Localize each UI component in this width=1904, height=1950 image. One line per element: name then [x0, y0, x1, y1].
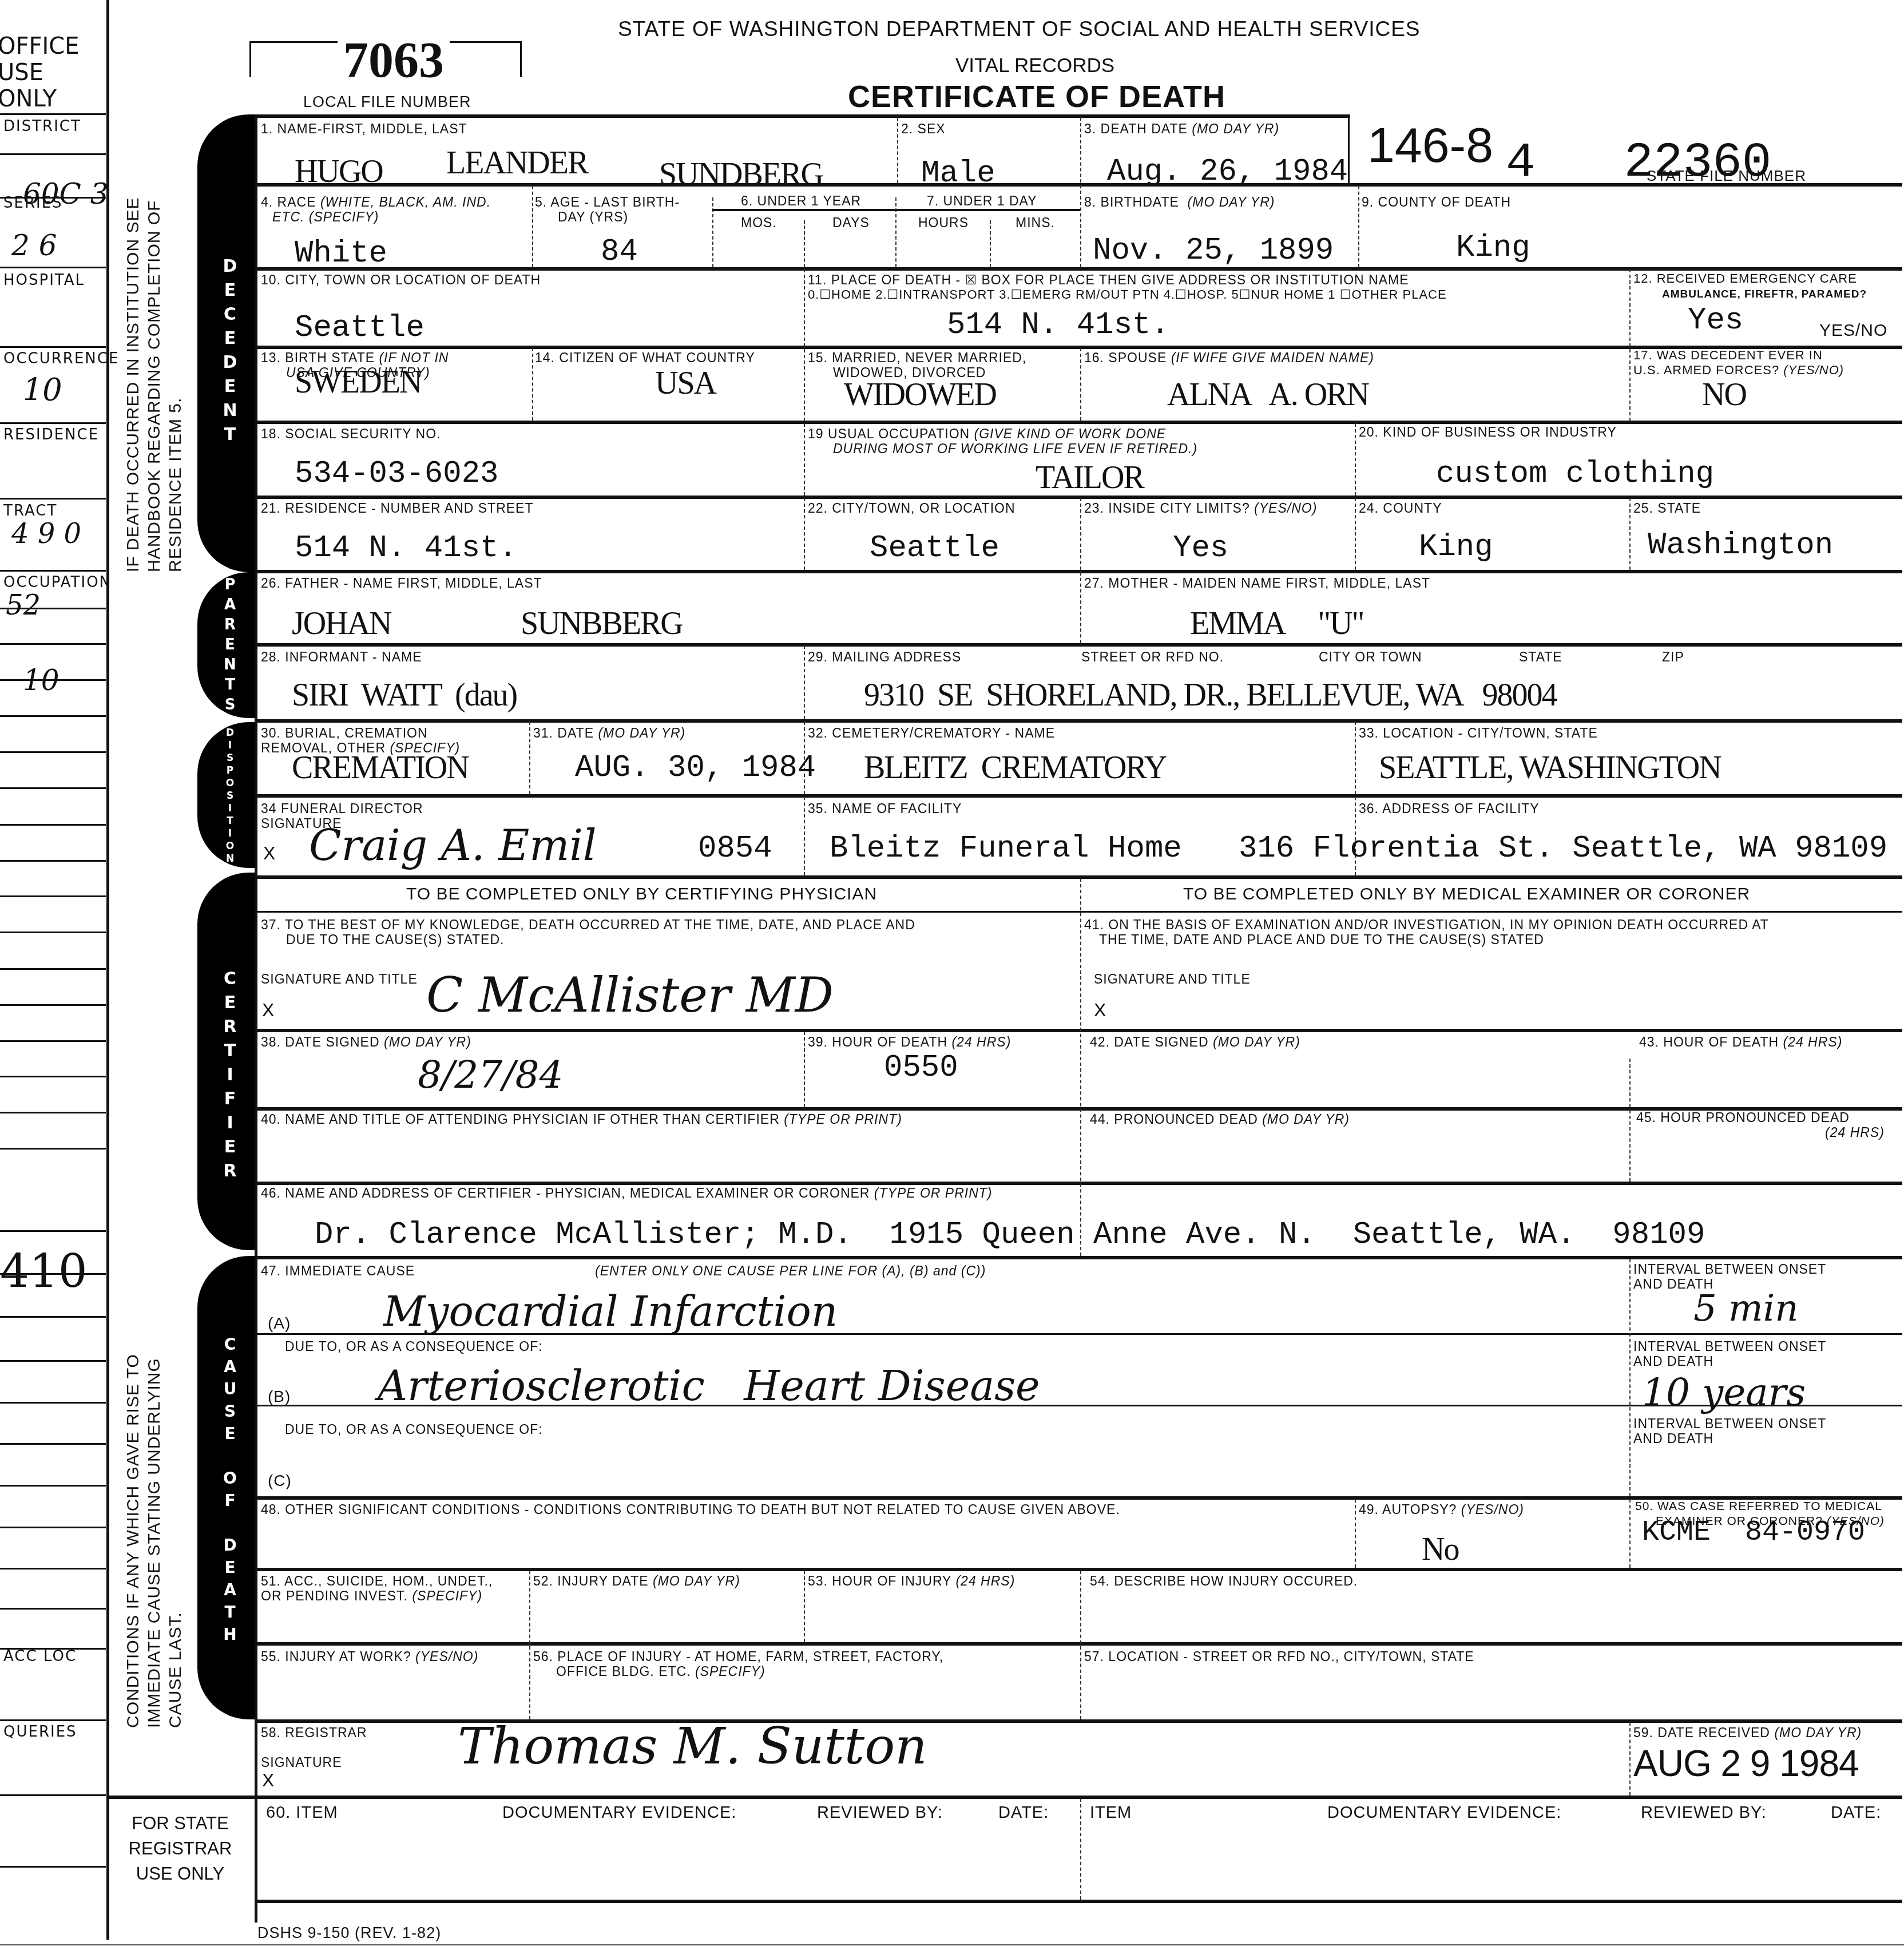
decedent-business: custom clothing: [1436, 458, 1714, 491]
divider: [0, 1316, 106, 1318]
tab-decedent-label: D E C E D E N T: [219, 255, 241, 447]
margin-label-tract: TRACT: [3, 502, 57, 520]
col: [1629, 1110, 1631, 1182]
label-cemetery: 32. CEMETERY/CREMATORY - NAME: [808, 726, 1055, 740]
physician-section-header: TO BE COMPLETED ONLY BY CERTIFYING PHYSI…: [406, 887, 877, 902]
rule: [109, 1796, 1902, 1799]
rule: [255, 1182, 1902, 1185]
label-under-1-year: 6. UNDER 1 YEAR: [741, 193, 861, 208]
handwritten-series-2: 2 6: [11, 229, 57, 262]
divider: [0, 1608, 106, 1610]
divider: [0, 422, 106, 424]
margin-label-queries: QUERIES: [3, 1723, 77, 1741]
col: [804, 1032, 805, 1107]
physician-signature: C McAllister MD: [426, 967, 834, 1023]
date-received-stamp: AUG 2 9 1984: [1633, 1742, 1859, 1785]
col: [1080, 498, 1081, 570]
decedent-sex: Male: [921, 157, 995, 191]
label-inside-city-limits: 23. INSIDE CITY LIMITS? (YES/NO): [1084, 501, 1317, 516]
col: [1080, 117, 1081, 267]
divider: [0, 643, 106, 645]
hour-of-death: 0550: [884, 1052, 958, 1085]
label-death-date: 3. DEATH DATE (MO DAY YR): [1084, 121, 1279, 136]
label-days: DAYS: [832, 215, 870, 230]
label-street: STREET OR RFD NO.: [1081, 649, 1224, 664]
divider: [0, 1866, 106, 1868]
label-mos: MOS.: [741, 215, 777, 230]
rule: [1348, 114, 1350, 183]
col: [1080, 1798, 1081, 1900]
agency-name: STATE OF WASHINGTON DEPARTMENT OF SOCIAL…: [618, 17, 1421, 41]
col: [897, 117, 898, 183]
rule: [255, 1568, 1902, 1571]
divider: [0, 895, 106, 897]
label-physician-signature: SIGNATURE AND TITLE: [261, 972, 418, 986]
divider: [0, 608, 106, 609]
physician-date-signed: 8/27/84: [418, 1053, 563, 1097]
label-race: 4. RACE (WHITE, BLACK, AM. IND.ETC. (SPE…: [261, 195, 491, 224]
divider: [0, 1273, 106, 1275]
label-examiner-date-signed: 42. DATE SIGNED (MO DAY YR): [1090, 1035, 1300, 1049]
cause-b-interval: 10 years: [1642, 1370, 1806, 1414]
rule: [255, 719, 1902, 723]
page-edge: [0, 1944, 1904, 1945]
rule: [255, 1029, 1902, 1032]
autopsy: No: [1422, 1532, 1458, 1567]
decedent-occupation: TAILOR: [1036, 461, 1144, 495]
label-injury-at-work: 55. INJURY AT WORK? (YES/NO): [261, 1649, 478, 1664]
label-county-of-death: 9. COUNTY OF DEATH: [1362, 195, 1511, 209]
label-age: 5. AGE - LAST BIRTH-DAY (YRS): [535, 195, 680, 224]
rule: [255, 643, 1902, 647]
divider: [0, 570, 106, 572]
label-facility-address: 36. ADDRESS OF FACILITY: [1359, 801, 1540, 816]
handwritten-cause-code: 410: [0, 1244, 88, 1298]
label-injury-place: 56. PLACE OF INJURY - AT HOME, FARM, STR…: [533, 1649, 943, 1679]
label-due-to-b: DUE TO, OR AS A CONSEQUENCE OF:: [285, 1339, 543, 1354]
rule: [255, 570, 1902, 573]
label-documentary-evidence-2: DOCUMENTARY EVIDENCE:: [1327, 1805, 1561, 1820]
margin-rule: [106, 0, 109, 1940]
col: [804, 645, 805, 719]
margin-label-hospital: HOSPITAL: [3, 272, 85, 289]
divider: [0, 1527, 106, 1528]
label-business: 20. KIND OF BUSINESS OR INDUSTRY: [1359, 425, 1617, 439]
col: [1080, 878, 1081, 1256]
rule: [255, 496, 1902, 499]
father-first-name: JOHAN: [292, 607, 391, 641]
col: [1629, 1499, 1631, 1568]
label-autopsy: 49. AUTOPSY? (YES/NO): [1359, 1502, 1524, 1517]
cause-instruction: (ENTER ONLY ONE CAUSE PER LINE FOR (A), …: [595, 1263, 986, 1278]
rule: [255, 1256, 1902, 1259]
cause-a: Myocardial Infarction: [383, 1287, 838, 1335]
label-examiner-signature: SIGNATURE AND TITLE: [1094, 972, 1251, 986]
funeral-director-signature: Craig A. Emil: [309, 821, 597, 870]
col: [1355, 1499, 1356, 1568]
label-state: STATE: [1519, 649, 1562, 664]
label-mins: MINS.: [1016, 215, 1055, 230]
col: [804, 220, 805, 267]
office-use-title: OFFICE USE ONLY: [0, 33, 109, 112]
label-citizen: 14. CITIZEN OF WHAT COUNTRY: [535, 350, 755, 365]
label-immediate-cause: 47. IMMEDIATE CAUSE: [261, 1263, 415, 1278]
handwritten-tract: 4 9 0: [11, 518, 81, 550]
col: [804, 1571, 805, 1642]
col: [529, 1571, 530, 1719]
margin-label-occurrence: OCCURRENCE: [3, 350, 119, 367]
divider: [0, 346, 106, 348]
registrar-signature-x: X: [262, 1773, 275, 1787]
state-registrar-side-label: FOR STATE REGISTRAR USE ONLY: [123, 1811, 237, 1886]
facility-address: 316 Florentia St. Seattle, WA 98109: [1239, 833, 1887, 866]
examiner-section-header: TO BE COMPLETED ONLY BY MEDICAL EXAMINER…: [1183, 887, 1750, 902]
divider: [0, 751, 106, 753]
institution-note-line3: RESIDENCE ITEM 5.: [165, 398, 186, 572]
divider: [0, 1004, 106, 1006]
divider: [0, 1112, 106, 1113]
col: [1629, 1259, 1631, 1496]
label-city: CITY OR TOWN: [1319, 649, 1422, 664]
cause-c-letter: (C): [268, 1473, 292, 1488]
cause-a-interval: 5 min: [1693, 1287, 1798, 1330]
label-date-2: DATE:: [1831, 1805, 1881, 1820]
decedent-residence-county: King: [1419, 531, 1493, 564]
rule: [255, 1900, 1902, 1903]
margin-label-residence: RESIDENCE: [3, 426, 99, 443]
label-other-conditions: 48. OTHER SIGNIFICANT CONDITIONS - CONDI…: [261, 1502, 1120, 1517]
decedent-birthdate: Nov. 25, 1899: [1093, 235, 1334, 268]
label-mailing-address: 29. MAILING ADDRESS: [808, 649, 961, 664]
label-mother: 27. MOTHER - MAIDEN NAME FIRST, MIDDLE, …: [1084, 576, 1430, 590]
label-injury-date: 52. INJURY DATE (MO DAY YR): [533, 1574, 740, 1588]
father-last-name: SUNBBERG: [521, 607, 683, 641]
label-armed-forces: 17. WAS DECEDENT EVER INU.S. ARMED FORCE…: [1633, 348, 1844, 378]
funeral-director-x: X: [263, 846, 276, 861]
divider: [0, 715, 106, 717]
label-city-of-death: 10. CITY, TOWN OR LOCATION OF DEATH: [261, 272, 541, 287]
decedent-emergency-care: Yes: [1688, 304, 1743, 338]
decedent-race: White: [295, 237, 387, 271]
local-file-number-label: LOCAL FILE NUMBER: [303, 94, 471, 109]
decedent-armed-forces: NO: [1702, 378, 1746, 412]
col: [1080, 348, 1081, 421]
handwritten-series: 60C 3: [23, 177, 109, 211]
label-hours: HOURS: [918, 215, 969, 230]
label-disposition-date: 31. DATE (MO DAY YR): [533, 726, 685, 740]
tab-cause-of-death-label: C A U S E O F D E A T H: [219, 1333, 241, 1646]
divider: [0, 824, 106, 826]
office-use-column: OFFICE USE ONLY DISTRICT SERIES 60C 3 2 …: [0, 0, 109, 1950]
rule: [255, 875, 1902, 879]
margin-label-acc-loc: ACC LOC: [3, 1648, 77, 1665]
col: [1080, 1571, 1081, 1719]
divider: [0, 1148, 106, 1150]
referred-to-examiner: KCME 84-0970: [1642, 1516, 1865, 1549]
decedent-middle-name: LEANDER: [446, 146, 588, 180]
rule: [255, 794, 1902, 798]
label-sex: 2. SEX: [901, 121, 946, 136]
label-pronounced-dead: 44. PRONOUNCED DEAD (MO DAY YR): [1090, 1112, 1350, 1127]
examiner-statement: 41. ON THE BASIS OF EXAMINATION AND/OR I…: [1084, 917, 1769, 947]
handwritten-occurrence: 10: [23, 372, 62, 408]
divider: [0, 498, 106, 500]
rule: [712, 209, 1080, 211]
label-injury-location: 57. LOCATION - STREET OR RFD NO., CITY/T…: [1084, 1649, 1474, 1664]
label-facility-name: 35. NAME OF FACILITY: [808, 801, 962, 816]
label-emergency-care-2: AMBULANCE, FIREFTR, PARAMED?: [1662, 287, 1867, 302]
divider: [0, 787, 106, 789]
rule: [255, 1642, 1902, 1646]
margin-label-occupation: OCCUPATION: [3, 574, 112, 591]
label-emergency-care: 12. RECEIVED EMERGENCY CARE: [1633, 271, 1857, 286]
tab-certifier-label: C E R T I F I E R: [219, 967, 241, 1183]
decedent-residence-state: Washington: [1648, 529, 1833, 562]
label-documentary-evidence: DOCUMENTARY EVIDENCE:: [502, 1805, 736, 1820]
label-injury-description: 54. DESCRIBE HOW INJURY OCCURED.: [1090, 1574, 1358, 1588]
divider: [0, 1076, 106, 1077]
label-ssn: 18. SOCIAL SECURITY NO.: [261, 426, 441, 441]
decedent-spouse: ALNA A. ORN: [1167, 378, 1368, 412]
rule: [255, 911, 1902, 913]
decedent-first-name: HUGO: [295, 154, 383, 189]
label-manner-of-death: 51. ACC., SUICIDE, HOM., UNDET.,OR PENDI…: [261, 1574, 493, 1603]
label-marital: 15. MARRIED, NEVER MARRIED,WIDOWED, DIVO…: [808, 350, 1026, 380]
label-due-to-c: DUE TO, OR AS A CONSEQUENCE OF:: [285, 1422, 543, 1437]
funeral-director-license: 0854: [698, 833, 772, 866]
tab-parents-label: P A R E N T S: [219, 575, 241, 715]
margin-label-district: DISTRICT: [3, 118, 81, 135]
label-zip: ZIP: [1662, 649, 1684, 664]
physician-statement: 37. TO THE BEST OF MY KNOWLEDGE, DEATH O…: [261, 917, 915, 947]
label-occupation: 19 USUAL OCCUPATION (GIVE KIND OF WORK D…: [808, 426, 1197, 456]
col: [712, 197, 713, 267]
divider: [0, 113, 106, 115]
decedent-ssn: 534-03-6023: [295, 458, 498, 491]
label-birthdate: 8. BIRTHDATE (MO DAY YR): [1084, 195, 1275, 209]
divider: [0, 267, 106, 268]
tab-disposition-label: D I S P O S I T I O N: [219, 727, 241, 865]
divider: [0, 1230, 106, 1232]
decedent-last-name: SUNDBERG: [659, 157, 823, 192]
col: [529, 722, 530, 794]
label-residence-state: 25. STATE: [1633, 501, 1701, 516]
label-yes-no: YES/NO: [1819, 323, 1887, 338]
label-injury-hour: 53. HOUR OF INJURY (24 HRS): [808, 1574, 1015, 1588]
divider: [0, 968, 106, 970]
rule: [255, 267, 1902, 271]
cause-b: Arteriosclerotic Heart Disease: [378, 1362, 1040, 1410]
divider: [0, 1794, 106, 1796]
cause-b-letter: (B): [268, 1389, 291, 1404]
local-file-number: 7063: [338, 31, 450, 89]
mother-name: EMMA "U": [1190, 607, 1363, 641]
decedent-birth-state: SWEDEN: [295, 365, 421, 399]
certificate-title: CERTIFICATE OF DEATH: [848, 79, 1225, 114]
decedent-residence: 514 N. 41st.: [295, 532, 517, 565]
divider: [0, 1485, 106, 1487]
decedent-citizen: USA: [655, 366, 716, 401]
divider: [0, 1443, 106, 1445]
decedent-death-date: Aug. 26, 1984: [1107, 156, 1348, 189]
divider: [0, 1568, 106, 1569]
informant-name: SIRI WATT (dau): [292, 678, 517, 712]
label-date: DATE:: [998, 1805, 1049, 1820]
label-item: ITEM: [1090, 1805, 1132, 1820]
col: [804, 722, 805, 875]
col: [1080, 572, 1081, 643]
rule: [255, 421, 1902, 424]
physician-signature-x: X: [262, 1002, 275, 1017]
decedent-age: 84: [601, 236, 638, 269]
certifier-name-address: Dr. Clarence McAllister; M.D. 1915 Queen…: [315, 1219, 1705, 1252]
col: [532, 348, 533, 421]
label-hour-pronounced-dead: 45. HOUR PRONOUNCED DEAD(24 HRS): [1636, 1110, 1885, 1140]
divider: [0, 153, 106, 155]
divider: [0, 1040, 106, 1042]
label-reviewed-by-2: REVIEWED BY:: [1641, 1805, 1767, 1820]
label-item-60: 60. ITEM: [266, 1805, 338, 1820]
col: [1355, 423, 1356, 570]
conditions-note-line3: CAUSE LAST.: [165, 1612, 186, 1728]
label-interval-b: INTERVAL BETWEEN ONSETAND DEATH: [1633, 1339, 1826, 1369]
label-name: 1. NAME-FIRST, MIDDLE, LAST: [261, 121, 467, 136]
facility-name: Bleitz Funeral Home: [830, 833, 1182, 866]
col: [990, 220, 991, 267]
rule: [255, 183, 1902, 187]
form-number: DSHS 9-150 (REV. 1-82): [257, 1925, 441, 1940]
label-informant: 28. INFORMANT - NAME: [261, 649, 422, 664]
col: [1629, 498, 1631, 570]
form-left-rule: [255, 114, 257, 1923]
divider: [0, 860, 106, 862]
label-residence: 21. RESIDENCE - NUMBER AND STREET: [261, 501, 533, 516]
label-father: 26. FATHER - NAME FIRST, MIDDLE, LAST: [261, 576, 542, 590]
label-under-1-day: 7. UNDER 1 DAY: [927, 193, 1037, 208]
institution-note-line2: HANDBOOK REGARDING COMPLETION OF: [144, 200, 165, 572]
handwritten-occupation: 52: [6, 589, 41, 621]
divider: [0, 679, 106, 681]
state-file-prefix: 146-8: [1367, 117, 1493, 174]
label-place-of-death: 11. PLACE OF DEATH - ☒ BOX FOR PLACE THE…: [808, 272, 1409, 287]
disposition-method: CREMATION: [292, 751, 469, 785]
label-residence-city: 22. CITY/TOWN, OR LOCATION: [808, 501, 1016, 516]
informant-mailing-address: 9310 SE SHORELAND, DR., BELLEVUE, WA 980…: [864, 678, 1557, 712]
label-disposition-location: 33. LOCATION - CITY/TOWN, STATE: [1359, 726, 1598, 740]
label-hour-of-death: 39. HOUR OF DEATH (24 HRS): [808, 1035, 1011, 1049]
label-interval-c: INTERVAL BETWEEN ONSETAND DEATH: [1633, 1416, 1826, 1446]
registrar-signature: Thomas M. Sutton: [458, 1717, 927, 1775]
place-of-death-options[interactable]: 0.☐HOME 2.☐INTRANSPORT 3.☐EMERG RM/OUT P…: [808, 287, 1447, 302]
conditions-note-line2: IMMEDIATE CAUSE STATING UNDERLYING: [144, 1358, 165, 1728]
rule: [255, 114, 1350, 118]
disposition-cemetery: BLEITZ CREMATORY: [864, 751, 1166, 785]
col: [1629, 1722, 1631, 1796]
label-examiner-hour-of-death: 43. HOUR OF DEATH (24 HRS): [1639, 1035, 1842, 1049]
disposition-location: SEATTLE, WASHINGTON: [1379, 751, 1721, 785]
label-registrar: 58. REGISTRARSIGNATURE: [261, 1725, 367, 1770]
divider: [0, 1719, 106, 1721]
label-attending-physician: 40. NAME AND TITLE OF ATTENDING PHYSICIA…: [261, 1112, 902, 1127]
decedent-inside-city-limits: Yes: [1173, 532, 1228, 565]
divider: [0, 1360, 106, 1362]
label-date-signed: 38. DATE SIGNED (MO DAY YR): [261, 1035, 471, 1049]
col: [532, 186, 533, 267]
col: [1629, 1059, 1631, 1107]
divider: [0, 1402, 106, 1404]
decedent-place-of-death: 514 N. 41st.: [947, 309, 1169, 342]
conditions-note-line1: CONDITIONS IF ANY WHICH GAVE RISE TO: [123, 1354, 144, 1728]
disposition-date: AUG. 30, 1984: [575, 752, 816, 785]
col: [804, 423, 805, 570]
label-reviewed-by: REVIEWED BY:: [817, 1805, 943, 1820]
decedent-marital-status: WIDOWED: [844, 378, 996, 412]
cause-a-letter: (A): [268, 1316, 291, 1331]
examiner-signature-x: X: [1094, 1002, 1106, 1017]
state-file-number-label: STATE FILE NUMBER: [1647, 168, 1806, 183]
col: [1358, 186, 1359, 267]
divider: [0, 932, 106, 933]
decedent-residence-city: Seattle: [870, 532, 999, 565]
col: [895, 197, 897, 267]
label-certifier-name-address: 46. NAME AND ADDRESS OF CERTIFIER - PHYS…: [261, 1186, 993, 1200]
vital-records: VITAL RECORDS: [955, 54, 1114, 77]
col: [1629, 269, 1631, 421]
label-date-received: 59. DATE RECEIVED (MO DAY YR): [1633, 1725, 1862, 1740]
label-residence-county: 24. COUNTY: [1359, 501, 1442, 516]
label-spouse: 16. SPOUSE (IF WIFE GIVE MAIDEN NAME): [1084, 350, 1374, 365]
decedent-city-of-death: Seattle: [295, 312, 425, 345]
divider: [0, 197, 106, 199]
decedent-county-of-death: King: [1456, 232, 1530, 265]
institution-note-line1: IF DEATH OCCURRED IN INSTITUTION SEE: [123, 197, 144, 572]
